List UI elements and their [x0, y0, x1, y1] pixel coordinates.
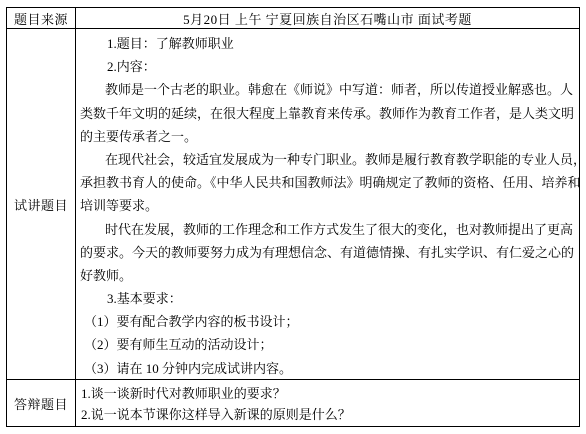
text-line: 1.题目：了解教师职业 — [80, 32, 573, 55]
text-line: 类数千年文明的延续，在很大程度上靠教育来传承。教师作为教育工作者，是人类文明 — [80, 102, 573, 125]
table-row-defense: 答辩题目 1.谈一谈新时代对教师职业的要求？ 2.说一说本节课你这样导入新课的原… — [7, 380, 579, 426]
text-line: 的要求。今天的教师要努力成为有理想信念、有道德情操、有扎实学识、有仁爱之心的 — [80, 241, 573, 264]
source-value: 5月20日 上午 宁夏回族自治区石嘴山市 面试考题 — [76, 8, 579, 28]
table-row-lecture: 试讲题目 1.题目：了解教师职业 2.内容： 教师是一个古老的职业。韩愈在《师说… — [7, 29, 579, 380]
text-line: 教师是一个古老的职业。韩愈在《师说》中写道：师者，所以传道授业解惑也。人 — [80, 78, 573, 101]
text-line: 承担教书育人的使命。《中华人民共和国教师法》明确规定了教师的资格、任用、培养和 — [80, 171, 573, 194]
defense-content: 1.谈一谈新时代对教师职业的要求？ 2.说一说本节课你这样导入新课的原则是什么？ — [76, 380, 579, 426]
row-label-defense: 答辩题目 — [7, 380, 76, 426]
text-line: 3.基本要求： — [80, 287, 573, 310]
row-label-lecture: 试讲题目 — [7, 29, 76, 379]
text-line: 1.谈一谈新时代对教师职业的要求？ — [81, 383, 573, 404]
text-line: （2）要有师生互动的活动设计； — [80, 333, 573, 356]
text-line: 2.内容： — [80, 55, 573, 78]
table-row-source: 题目来源 5月20日 上午 宁夏回族自治区石嘴山市 面试考题 — [7, 8, 579, 29]
text-line: 2.说一说本节课你这样导入新课的原则是什么？ — [81, 404, 573, 425]
exam-question-table: 题目来源 5月20日 上午 宁夏回族自治区石嘴山市 面试考题 试讲题目 1.题目… — [6, 7, 580, 427]
text-line: 好教师。 — [80, 264, 573, 287]
row-label-source: 题目来源 — [7, 8, 76, 28]
text-line: （3）请在 10 分钟内完成试讲内容。 — [80, 357, 573, 379]
text-line: 培训等要求。 — [80, 194, 573, 217]
document-page: 题目来源 5月20日 上午 宁夏回族自治区石嘴山市 面试考题 试讲题目 1.题目… — [0, 0, 586, 434]
text-line: （1）要有配合教学内容的板书设计； — [80, 310, 573, 333]
text-line: 时代在发展，教师的工作理念和工作方式发生了很大的变化，也对教师提出了更高 — [80, 218, 573, 241]
text-line: 的主要传承者之一。 — [80, 125, 573, 148]
text-line: 在现代社会，较适宜发展成为一种专门职业。教师是履行教育教学职能的专业人员， — [80, 148, 573, 171]
lecture-content: 1.题目：了解教师职业 2.内容： 教师是一个古老的职业。韩愈在《师说》中写道：… — [76, 29, 579, 379]
